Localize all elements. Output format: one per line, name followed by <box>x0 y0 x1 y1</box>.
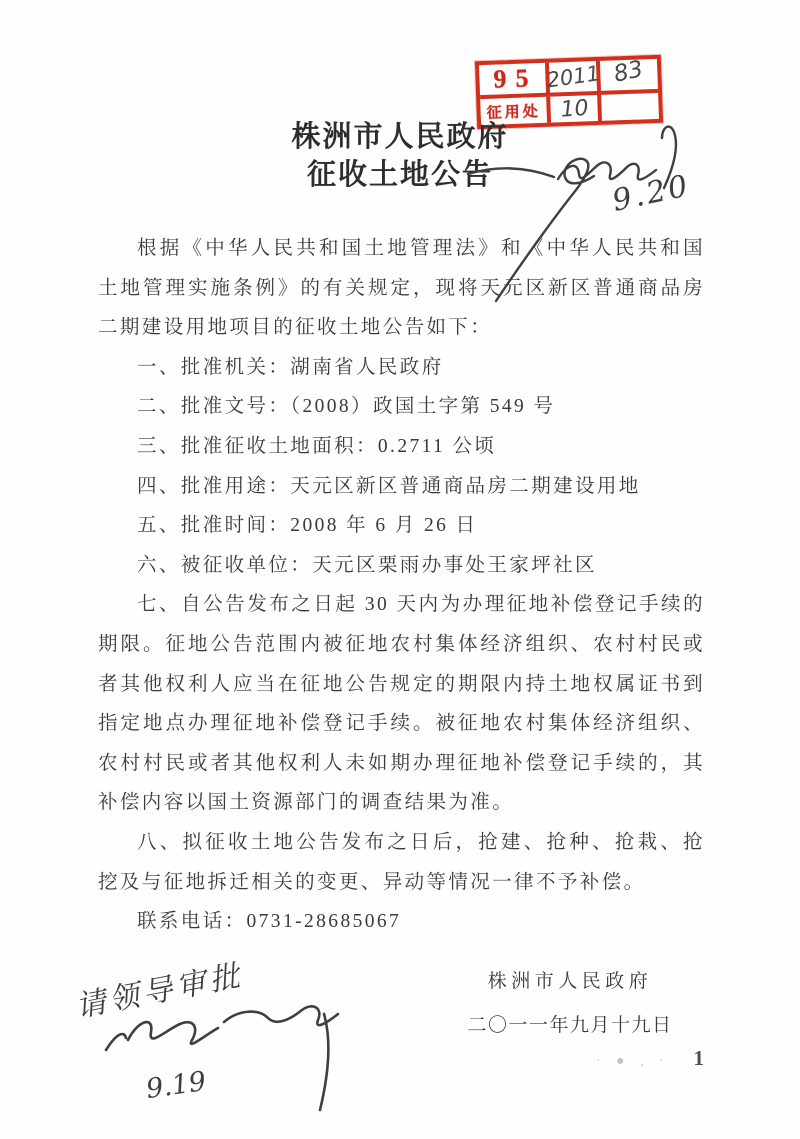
body-paragraph: 四、批准用途：天元区新区普通商品房二期建设用地 <box>98 467 705 507</box>
footer-date: 二〇一一年九月十九日 <box>430 1010 710 1037</box>
stamp-cell-serial: 83 <box>600 59 658 95</box>
stamp-handwritten-year: 2011 <box>545 61 601 92</box>
stamp-cell-doc-number: 95 <box>479 63 550 99</box>
page-footer-marks: · ● , · 1 <box>596 1046 704 1071</box>
stamp-cell-empty <box>601 93 659 121</box>
page-number: 1 <box>694 1046 705 1071</box>
body-paragraph: 根据《中华人民共和国土地管理法》和《中华人民共和国土地管理实施条例》的有关规定，… <box>98 229 705 348</box>
body-paragraph: 五、批准时间：2008 年 6 月 26 日 <box>98 506 705 546</box>
scan-artifact-marks: · ● , · <box>596 1054 670 1070</box>
title-issuer-line: 株洲市人民政府 <box>0 118 800 156</box>
stamp-handwritten-serial: 83 <box>611 56 645 88</box>
body-paragraph: 一、批准机关：湖南省人民政府 <box>98 348 705 388</box>
scanned-document-page: 95 2011 83 征用处 10 株洲市人民政府 征收土地公告 9.20 <box>0 0 800 1139</box>
handwritten-note: 请领导审批 <box>71 950 246 1026</box>
body-paragraph: 二、批准文号：（2008）政国土字第 549 号 <box>98 387 705 427</box>
document-body: 根据《中华人民共和国土地管理法》和《中华人民共和国土地管理实施条例》的有关规定，… <box>98 229 705 942</box>
body-paragraph: 七、自公告发布之日起 30 天内为办理征地补偿登记手续的期限。征地公告范围内被征… <box>98 585 705 823</box>
signature-block: 株洲市人民政府 二〇一一年九月十九日 <box>430 966 710 1037</box>
stamp-number: 95 <box>487 63 538 95</box>
body-paragraph: 三、批准征收土地面积：0.2711 公顷 <box>98 427 705 467</box>
body-paragraph: 联系电话：0731-28685067 <box>98 902 705 942</box>
handwritten-date-bottom: 9.19 <box>144 1066 208 1105</box>
stamp-cell-year: 2011 <box>549 61 601 97</box>
footer-issuer: 株洲市人民政府 <box>430 966 710 993</box>
body-paragraph: 八、拟征收土地公告发布之日后，抢建、抢种、抢栽、抢挖及与征地拆迁相关的变更、异动… <box>98 823 705 902</box>
body-paragraph: 六、被征收单位：天元区栗雨办事处王家坪社区 <box>98 546 705 586</box>
